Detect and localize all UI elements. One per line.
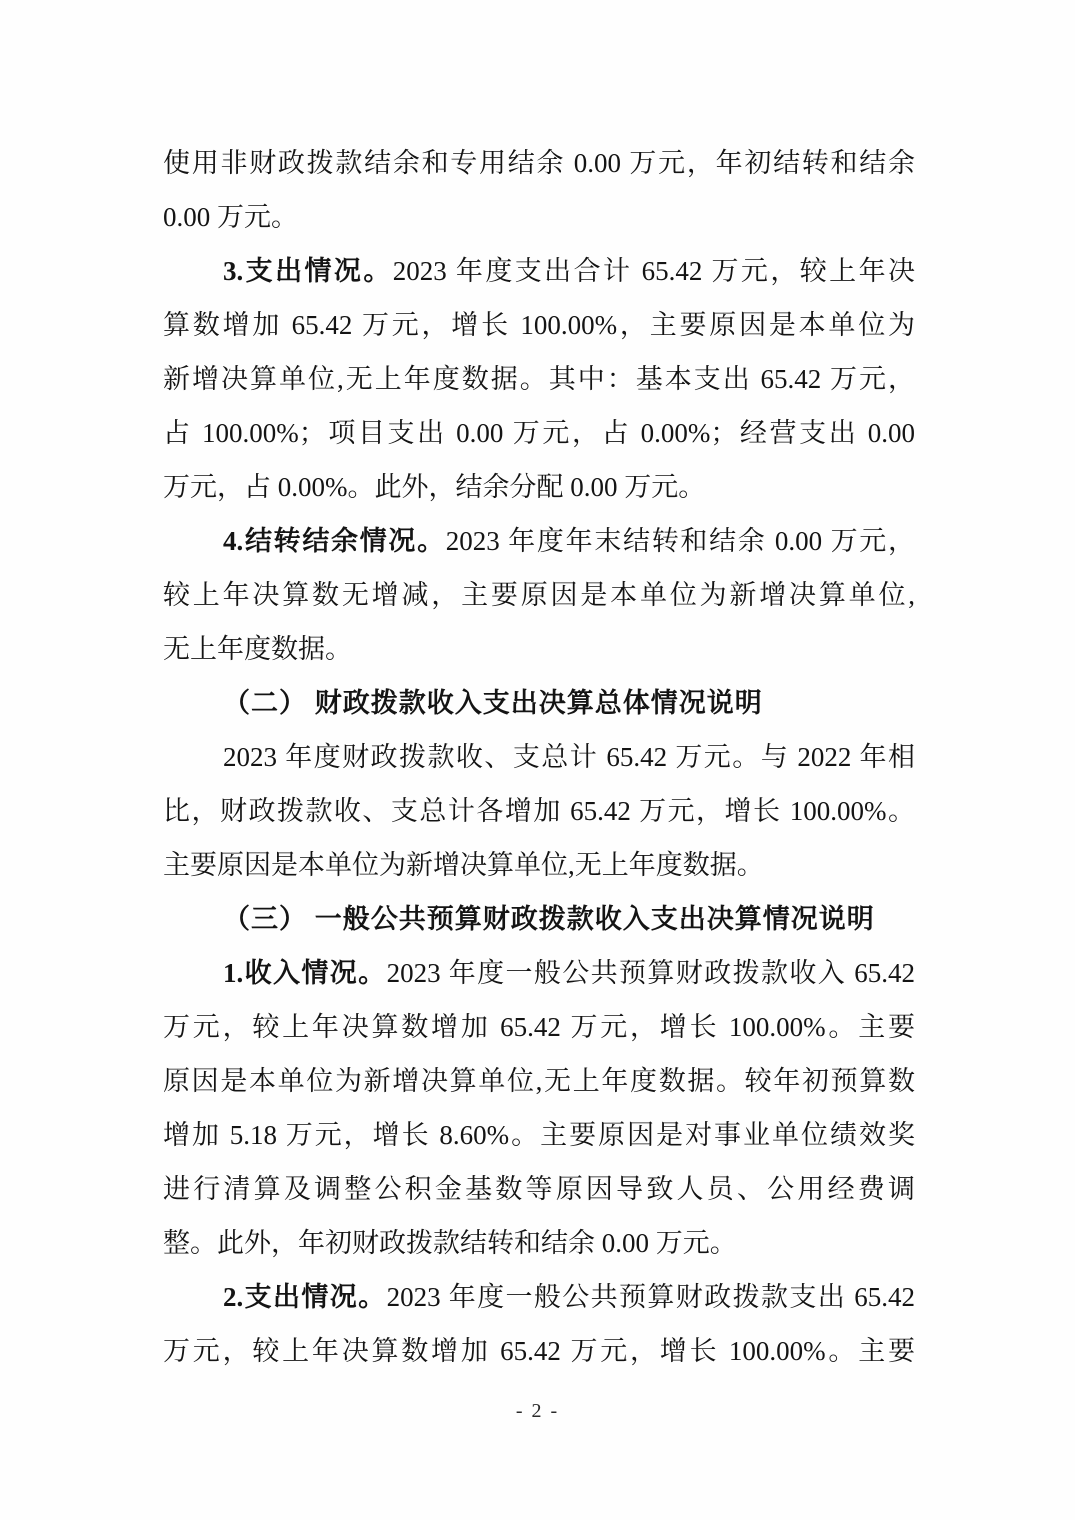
line-text: 2023 年度一般公共预算财政拨款支出 65.42 xyxy=(387,1282,915,1312)
text-line: 2023 年度财政拨款收、支总计 65.42 万元。与 2022 年相 xyxy=(163,730,915,784)
line-text: 2023 年度年末结转和结余 0.00 万元， xyxy=(446,526,915,556)
section-heading: （二） 财政拨款收入支出决算总体情况说明 xyxy=(163,676,915,730)
heading-text: （二） 财政拨款收入支出决算总体情况说明 xyxy=(223,688,763,718)
text-line: 无上年度数据。 xyxy=(163,622,915,676)
text-line: 整。此外，年初财政拨款结转和结余 0.00 万元。 xyxy=(163,1216,915,1270)
line-text: 增加 5.18 万元，增长 8.60%。主要原因是对事业单位绩效奖 xyxy=(163,1120,915,1150)
paragraph-lead: 1.收入情况。 xyxy=(223,958,387,988)
line-text: 2023 年度一般公共预算财政拨款收入 65.42 xyxy=(387,958,915,988)
text-line: 较上年决算数无增减，主要原因是本单位为新增决算单位, xyxy=(163,568,915,622)
paragraph-lead: 4.结转结余情况。 xyxy=(223,526,446,556)
text-line: 占 100.00%；项目支出 0.00 万元，占 0.00%；经营支出 0.00 xyxy=(163,406,915,460)
line-text: 整。此外，年初财政拨款结转和结余 0.00 万元。 xyxy=(163,1228,737,1258)
text-line: 万元，较上年决算数增加 65.42 万元，增长 100.00%。主要 xyxy=(163,1000,915,1054)
line-text: 万元，较上年决算数增加 65.42 万元，增长 100.00%。主要 xyxy=(163,1012,915,1042)
text-line: 2.支出情况。2023 年度一般公共预算财政拨款支出 65.42 xyxy=(163,1270,915,1324)
text-line: 3.支出情况。2023 年度支出合计 65.42 万元，较上年决 xyxy=(163,244,915,298)
section-heading: （三） 一般公共预算财政拨款收入支出决算情况说明 xyxy=(163,892,915,946)
document-body: 使用非财政拨款结余和专用结余 0.00 万元，年初结转和结余 0.00 万元。 … xyxy=(163,136,915,1378)
text-line: 万元，较上年决算数增加 65.42 万元，增长 100.00%。主要 xyxy=(163,1324,915,1378)
text-line: 新增决算单位,无上年度数据。其中：基本支出 65.42 万元， xyxy=(163,352,915,406)
text-line: 4.结转结余情况。2023 年度年末结转和结余 0.00 万元， xyxy=(163,514,915,568)
line-text: 主要原因是本单位为新增决算单位,无上年度数据。 xyxy=(163,850,764,880)
text-line: 原因是本单位为新增决算单位,无上年度数据。较年初预算数 xyxy=(163,1054,915,1108)
line-text: 占 100.00%；项目支出 0.00 万元，占 0.00%；经营支出 0.00 xyxy=(163,418,915,448)
line-text: 万元，较上年决算数增加 65.42 万元，增长 100.00%。主要 xyxy=(163,1336,915,1366)
paragraph-lead: 3.支出情况。 xyxy=(223,256,393,286)
text-line: 进行清算及调整公积金基数等原因导致人员、公用经费调 xyxy=(163,1162,915,1216)
text-line: 算数增加 65.42 万元，增长 100.00%，主要原因是本单位为 xyxy=(163,298,915,352)
text-line: 使用非财政拨款结余和专用结余 0.00 万元，年初结转和结余 xyxy=(163,136,915,190)
line-text: 无上年度数据。 xyxy=(163,634,352,664)
text-line: 1.收入情况。2023 年度一般公共预算财政拨款收入 65.42 xyxy=(163,946,915,1000)
text-line: 增加 5.18 万元，增长 8.60%。主要原因是对事业单位绩效奖 xyxy=(163,1108,915,1162)
heading-text: （三） 一般公共预算财政拨款收入支出决算情况说明 xyxy=(223,904,875,934)
page-number: - 2 - xyxy=(0,1400,1075,1423)
line-text: 2023 年度支出合计 65.42 万元，较上年决 xyxy=(393,256,915,286)
line-text: 比，财政拨款收、支总计各增加 65.42 万元，增长 100.00%。 xyxy=(163,796,915,826)
line-text: 0.00 万元。 xyxy=(163,202,298,232)
line-text: 万元，占 0.00%。此外，结余分配 0.00 万元。 xyxy=(163,472,705,502)
text-line: 比，财政拨款收、支总计各增加 65.42 万元，增长 100.00%。 xyxy=(163,784,915,838)
line-text: 较上年决算数无增减，主要原因是本单位为新增决算单位, xyxy=(163,580,915,610)
text-line: 0.00 万元。 xyxy=(163,190,915,244)
line-text: 算数增加 65.42 万元，增长 100.00%，主要原因是本单位为 xyxy=(163,310,915,340)
line-text: 原因是本单位为新增决算单位,无上年度数据。较年初预算数 xyxy=(163,1066,915,1096)
line-text: 进行清算及调整公积金基数等原因导致人员、公用经费调 xyxy=(163,1174,915,1204)
text-line: 主要原因是本单位为新增决算单位,无上年度数据。 xyxy=(163,838,915,892)
text-line: 万元，占 0.00%。此外，结余分配 0.00 万元。 xyxy=(163,460,915,514)
line-text: 使用非财政拨款结余和专用结余 0.00 万元，年初结转和结余 xyxy=(163,148,915,178)
document-page: 使用非财政拨款结余和专用结余 0.00 万元，年初结转和结余 0.00 万元。 … xyxy=(0,0,1075,1520)
paragraph-lead: 2.支出情况。 xyxy=(223,1282,387,1312)
line-text: 2023 年度财政拨款收、支总计 65.42 万元。与 2022 年相 xyxy=(223,742,915,772)
line-text: 新增决算单位,无上年度数据。其中：基本支出 65.42 万元， xyxy=(163,364,915,394)
